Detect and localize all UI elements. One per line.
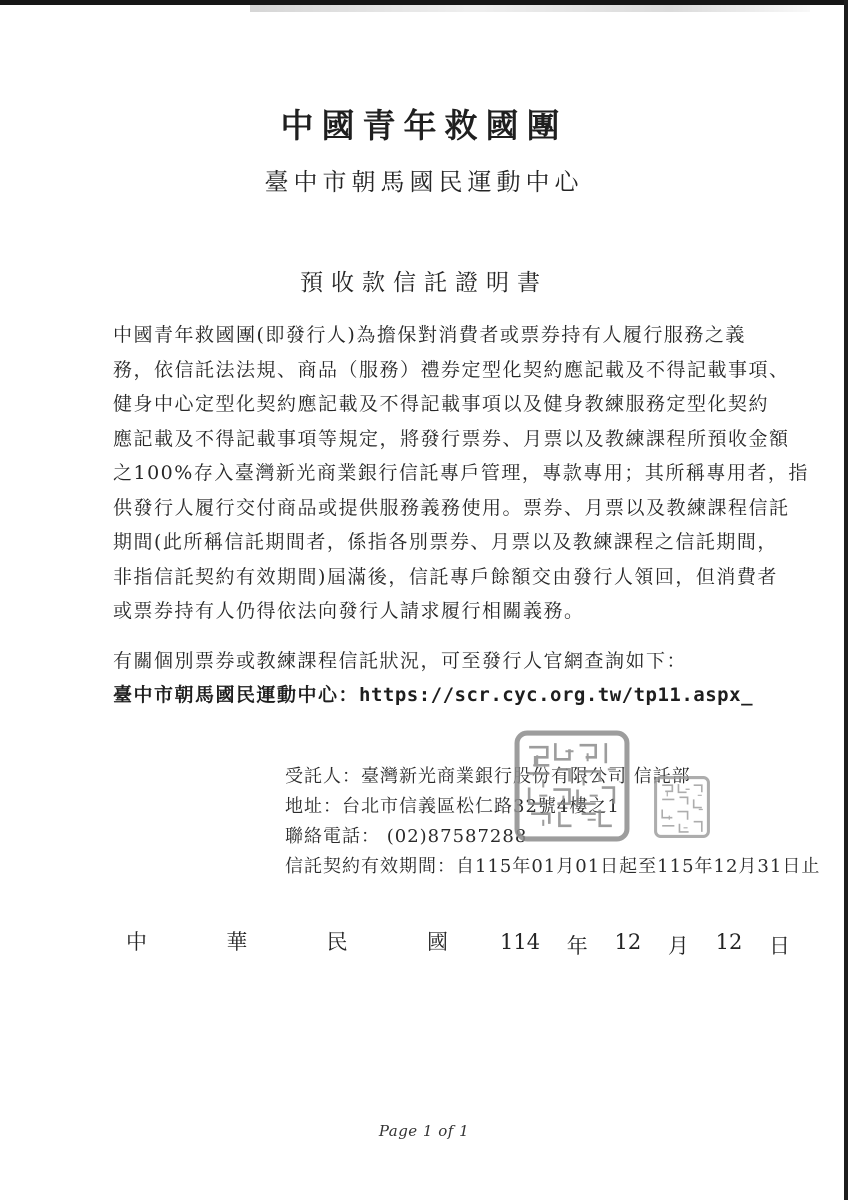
trustee-phone-line: 聯絡電話： (02)87587288 [285, 822, 805, 852]
body-text-line: 中國青年救國團(即發行人)為擔保對消費者或票券持有人履行服務之義 [113, 318, 761, 353]
trustee-info: 受託人：臺灣新光商業銀行股份有限公司 信託部 地址：台北市信義區松仁路32號4樓… [285, 762, 805, 882]
scan-top-smudge-artifact [250, 5, 810, 12]
body-text-line: 健身中心定型化契約應記載及不得記載事項以及健身教練服務定型化契約 [113, 387, 761, 422]
date-values-group: 114年12月12日 [500, 930, 790, 960]
date-era-char: 國 [427, 926, 448, 956]
trustee-name-line: 受託人：臺灣新光商業銀行股份有限公司 信託部 [285, 762, 805, 792]
trust-validity-line: 信託契約有效期間：自115年01月01日起至115年12月31日止 [285, 852, 805, 882]
date-field: 12 [716, 930, 743, 960]
page-footer: Page 1 of 1 [0, 1122, 848, 1140]
date-field: 12 [614, 930, 641, 960]
date-field: 日 [769, 930, 790, 960]
document-title: 預收款信託證明書 [0, 264, 848, 297]
query-link-line: 臺中市朝馬國民運動中心：https://scr.cyc.org.tw/tp11.… [113, 680, 753, 707]
date-era-group: 中華民國 [126, 926, 448, 956]
body-text-line: 務，依信託法法規、商品（服務）禮券定型化契約應記載及不得記載事項、 [113, 353, 761, 388]
scanned-document-page: 中國青年救國團 臺中市朝馬國民運動中心 預收款信託證明書 中國青年救國團(即發行… [0, 0, 848, 1200]
org-title: 中國青年救國團 [0, 100, 848, 147]
date-field: 年 [567, 930, 588, 960]
date-era-char: 民 [327, 926, 348, 956]
sport-center-name: 臺中市朝馬國民運動中心 [0, 162, 848, 197]
trustee-address-line: 地址：台北市信義區松仁路32號4樓之1 [285, 792, 805, 822]
roc-date-line: 中華民國 114年12月12日 [126, 926, 790, 960]
date-era-char: 中 [126, 926, 147, 956]
body-paragraph: 中國青年救國團(即發行人)為擔保對消費者或票券持有人履行服務之義務，依信託法法規… [113, 318, 761, 629]
body-text-line: 期間(此所稱信託期間者，係指各別票券、月票以及教練課程之信託期間， [113, 525, 761, 560]
body-text-line: 或票券持有人仍得依法向發行人請求履行相關義務。 [113, 594, 761, 629]
body-text-line: 應記載及不得記載事項等規定，將發行票券、月票以及教練課程所預收金額 [113, 422, 761, 457]
body-text-line: 供發行人履行交付商品或提供服務義務使用。票券、月票以及教練課程信託 [113, 491, 761, 526]
query-notice: 有關個別票券或教練課程信託狀況，可至發行人官網查詢如下： [113, 646, 687, 673]
body-text-line: 之100%存入臺灣新光商業銀行信託專戶管理，專款專用；其所稱專用者，指 [113, 456, 761, 491]
site-name-label: 臺中市朝馬國民運動中心： [113, 684, 359, 706]
date-era-char: 華 [226, 926, 247, 956]
date-field: 114 [500, 930, 540, 960]
site-url: https://scr.cyc.org.tw/tp11.aspx_ [359, 684, 753, 706]
date-field: 月 [668, 930, 689, 960]
body-text-line: 非指信託契約有效期間)屆滿後，信託專戶餘額交由發行人領回，但消費者 [113, 560, 761, 595]
